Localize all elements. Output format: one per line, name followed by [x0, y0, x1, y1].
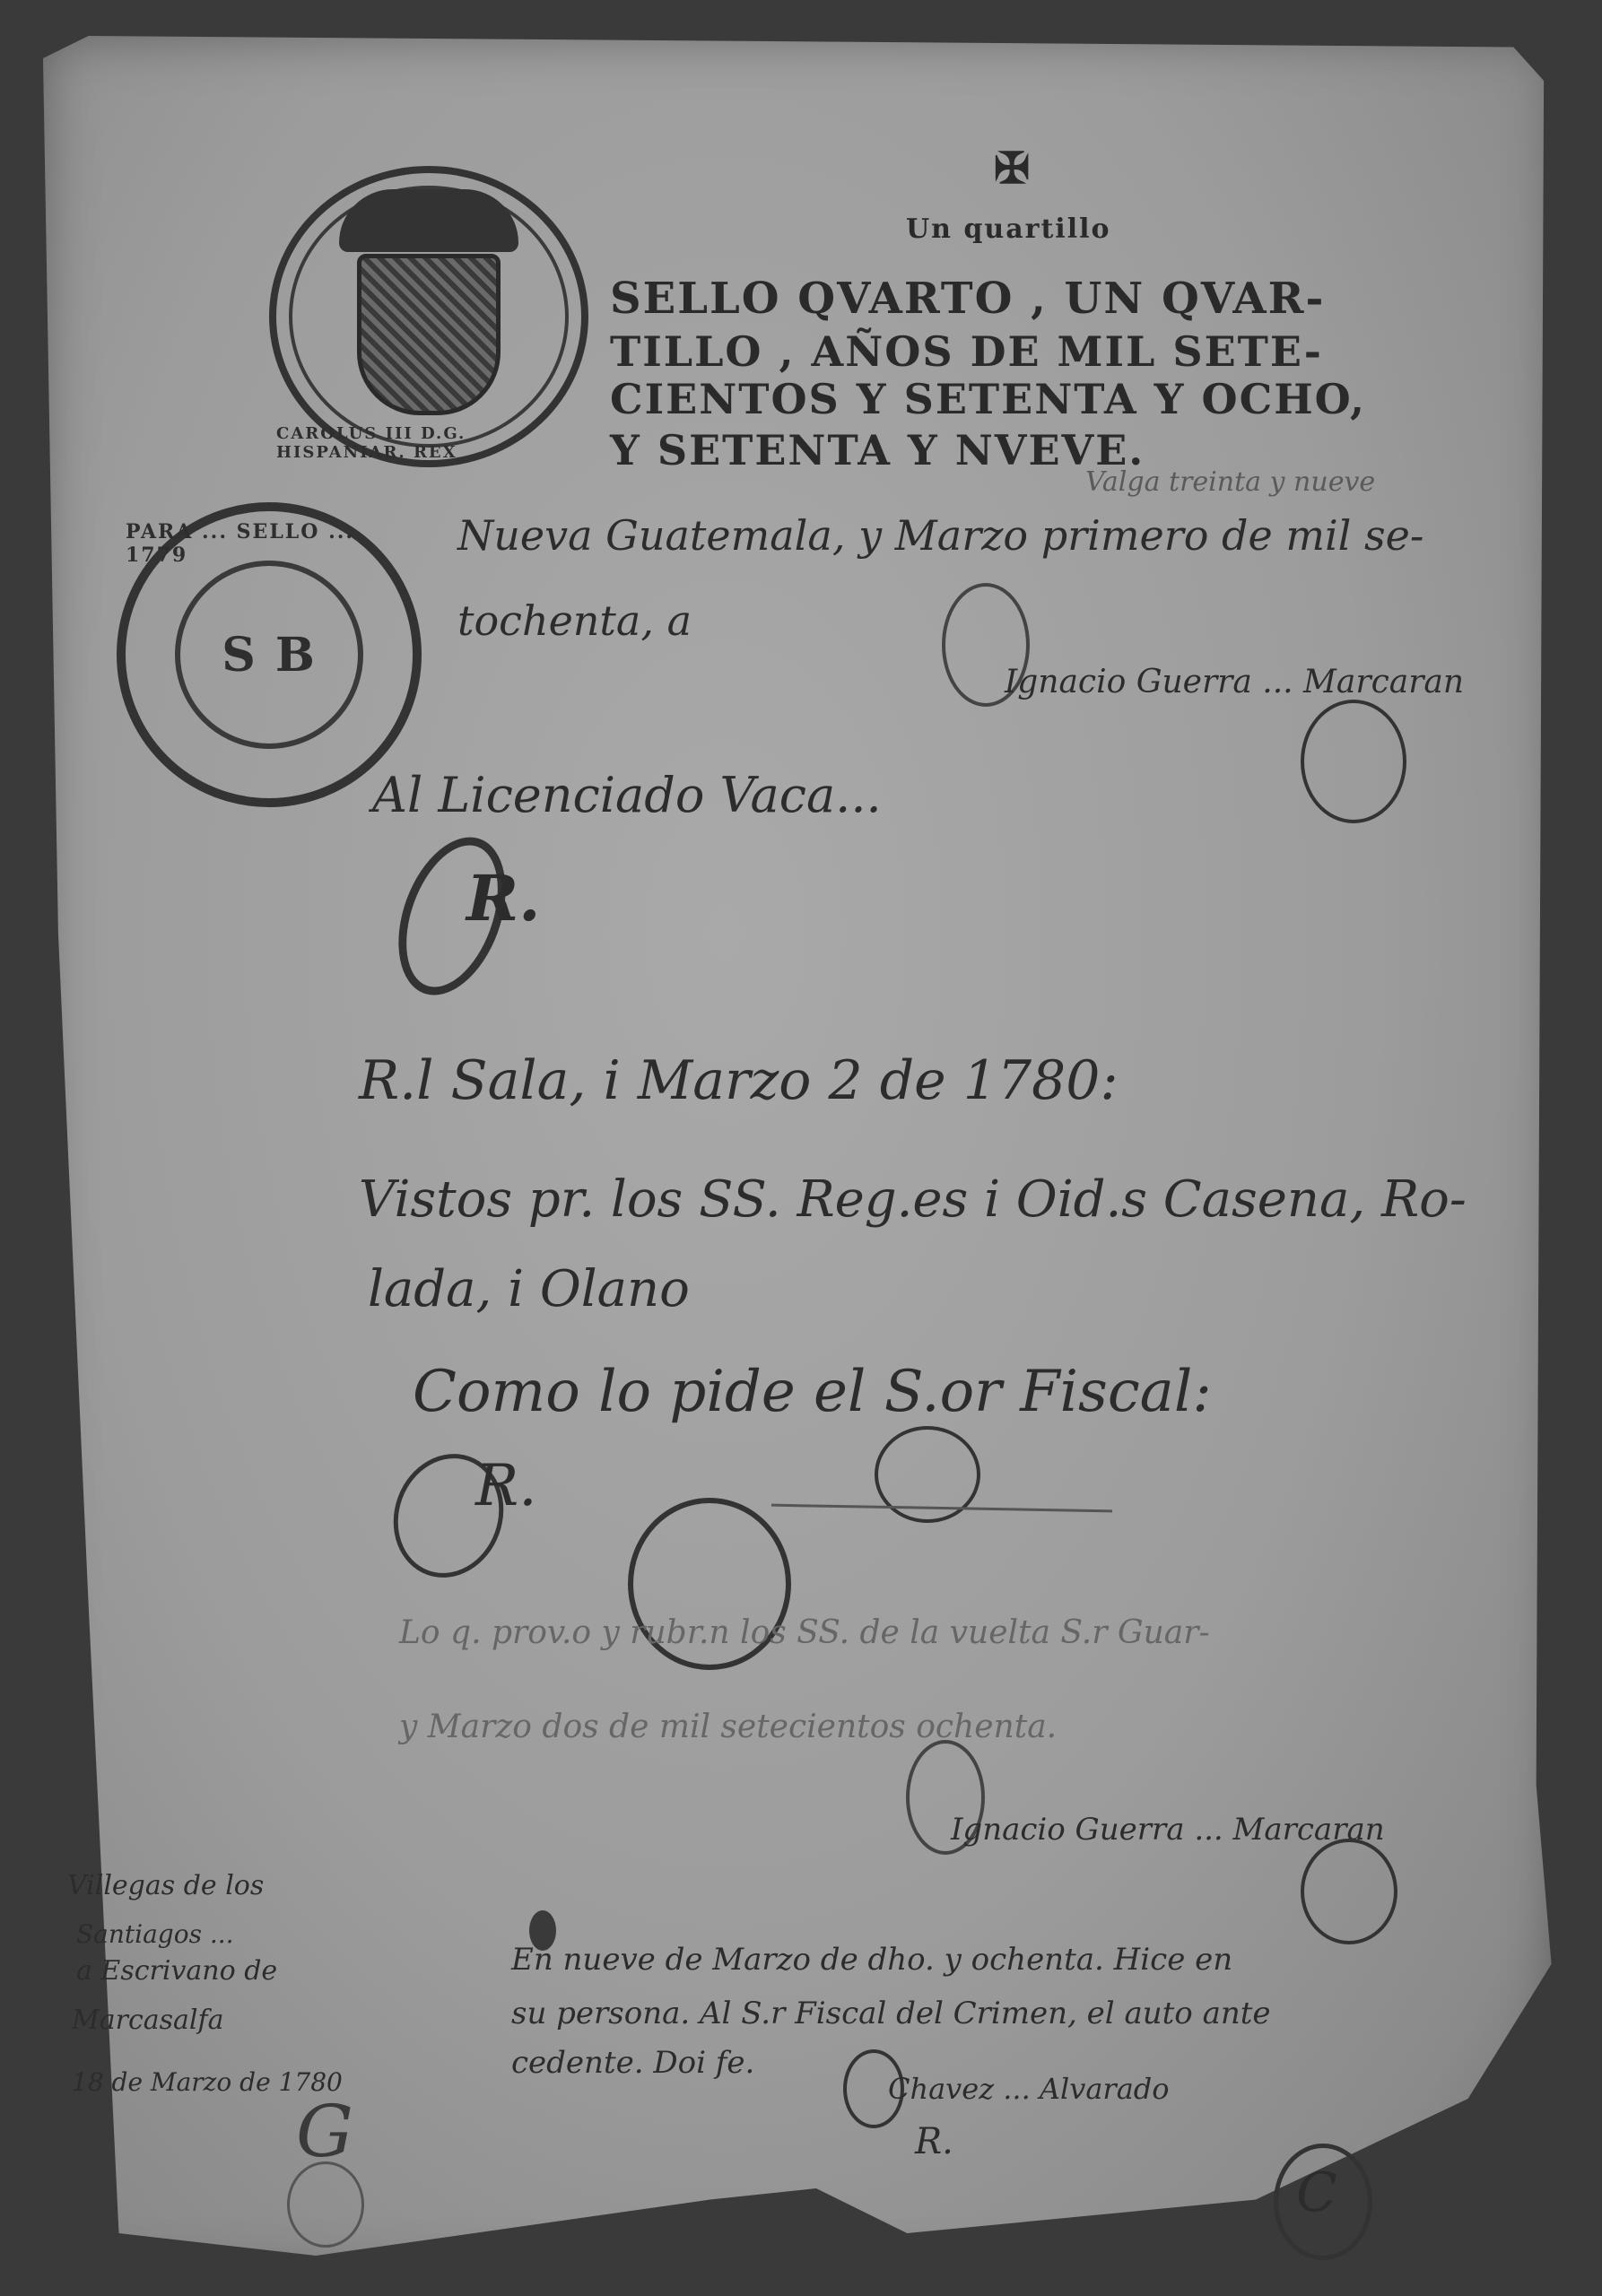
decree-line-1: R.l Sala, i Marzo 2 de 1780:	[359, 1049, 1119, 1112]
crown-icon	[339, 189, 518, 252]
signature-1-rubric	[1301, 700, 1406, 823]
notification-line-1: En nueve de Marzo de dho. y ochenta. Hic…	[511, 1942, 1232, 1978]
cross-glyph: ✠	[994, 143, 1032, 194]
royal-seal: CAROLUS III D.G. HISPANIAR. REX	[269, 166, 588, 467]
signature-3: Chavez ... Alvarado	[888, 2072, 1170, 2106]
stamp-header-line-4: Y SETENTA Y NVEVE.	[610, 426, 1145, 474]
notification-line-3: cedente. Doi fe.	[511, 2045, 754, 2081]
margin-note-line-1: Villegas de los	[67, 1870, 264, 1901]
stamp-header-line-1: SELLO QVARTO , UN QVAR-	[610, 274, 1325, 324]
revalidation-seal-legend: PARA ... SELLO ... 1779	[126, 520, 413, 567]
addressee: Al Licenciado Vaca...	[372, 767, 882, 823]
stamp-header-line-3: CIENTOS Y SETENTA Y OCHO,	[610, 375, 1366, 423]
signature-2: Ignacio Guerra ... Marcaran	[951, 1812, 1385, 1848]
royal-seal-legend: CAROLUS III D.G. HISPANIAR. REX	[276, 424, 581, 462]
stamp-header-line-2: TILLO , AÑOS DE MIL SETE-	[610, 327, 1323, 376]
revalidation-seal-center: S B	[222, 628, 317, 683]
rubric-3-mark: C	[1296, 2161, 1337, 2224]
faint-line-1: Lo q. prov.o y rubr.n los SS. de la vuel…	[399, 1614, 1210, 1651]
dateline-line-2: tochenta, a	[457, 596, 692, 645]
margin-rubric-flourish	[287, 2161, 364, 2248]
dateline-line-1: Nueva Guatemala, y Marzo primero de mil …	[457, 511, 1424, 560]
order-line: Como lo pide el S.or Fiscal:	[413, 1359, 1212, 1425]
signature-2-rubric	[1301, 1839, 1397, 1944]
signature-1: Ignacio Guerra ... Marcaran	[1005, 664, 1464, 700]
margin-note-line-4: Marcasalfa	[72, 2005, 224, 2036]
dateline-insert: Valga treinta y nueve	[1085, 466, 1375, 498]
notification-line-2: su persona. Al S.r Fiscal del Crimen, el…	[511, 1996, 1271, 2031]
rubric-2-mark: R.	[475, 1453, 537, 1519]
signature-3-sub: R.	[915, 2121, 953, 2162]
ink-blot	[529, 1910, 556, 1951]
decree-line-2: Vistos pr. los SS. Reg.es i Oid.s Casena…	[359, 1170, 1467, 1229]
margin-note-line-3: a Escrivano de	[76, 1955, 277, 1987]
decree-line-3: lada, i Olano	[368, 1260, 690, 1318]
revalidation-seal: S B PARA ... SELLO ... 1779	[117, 502, 422, 807]
stamp-denomination: Un quartillo	[906, 213, 1111, 245]
rubric-1-mark: R.	[466, 861, 541, 935]
faint-line-2: y Marzo dos de mil setecientos ochenta.	[399, 1709, 1057, 1745]
margin-note-line-2: Santiagos ...	[76, 1919, 234, 1949]
